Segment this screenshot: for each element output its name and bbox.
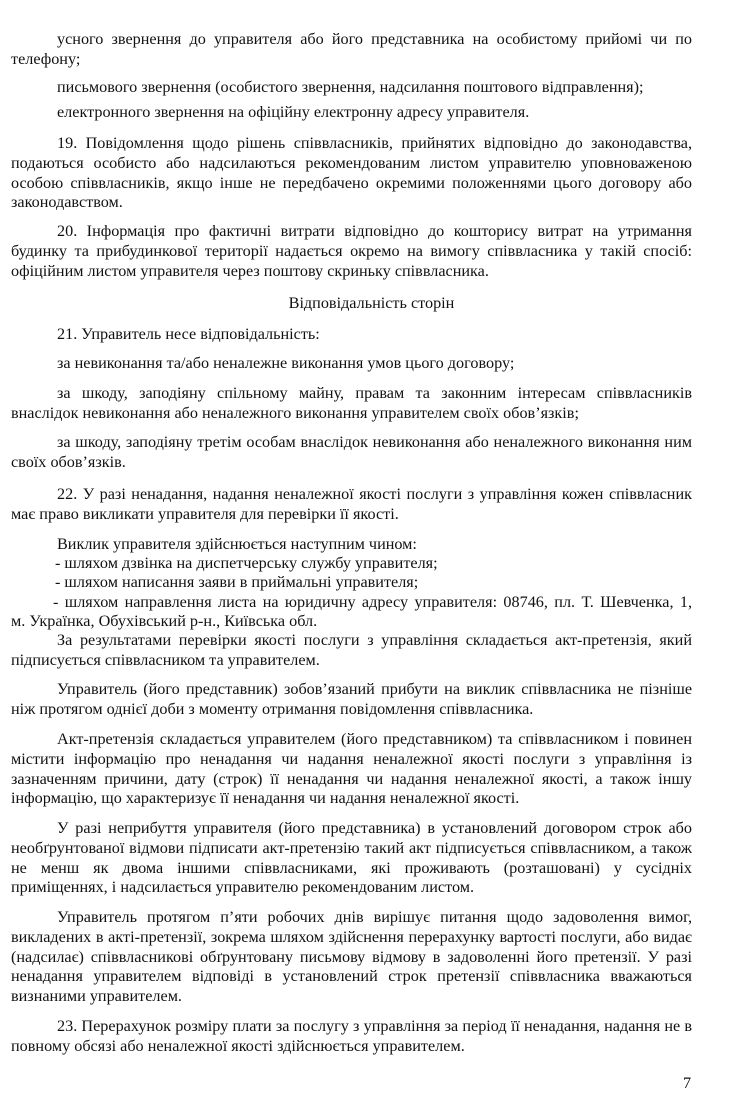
call-method-item-letter-address: м. Українка, Обухівський р-н., Київська … (11, 612, 692, 632)
call-method-item-phone: - шляхом дзвінка на диспетчерську службу… (55, 554, 736, 574)
paragraph-non-arrival: У разі неприбуття управителя (його предс… (11, 819, 692, 898)
paragraph-clause-21-item-b: за шкоду, заподіяну спільному майну, пра… (11, 384, 692, 424)
paragraph-act-claim-result: За результатами перевірки якості послуги… (11, 631, 692, 671)
page-number: 7 (683, 1073, 691, 1093)
paragraph-claim-resolution: Управитель протягом п’яти робочих днів в… (11, 908, 692, 1007)
paragraph-act-claim-content: Акт-претензія складається управителем (й… (11, 730, 692, 809)
paragraph-written-appeal: письмового звернення (особистого звернен… (11, 78, 692, 98)
paragraph-clause-21-item-a: за невиконання та/або неналежне виконанн… (11, 354, 692, 374)
call-method-intro: Виклик управителя здійснюється наступним… (57, 535, 738, 555)
paragraph-clause-22: 22. У разі ненадання, надання неналежної… (11, 485, 692, 525)
call-method-item-letter: - шляхом направлення листа на юридичну а… (53, 593, 692, 613)
section-heading: Відповідальність сторін (0, 293, 743, 313)
paragraph-clause-23: 23. Перерахунок розміру плати за послугу… (11, 1017, 692, 1057)
paragraph-clause-19: 19. Повідомлення щодо рішень співвласник… (11, 134, 692, 213)
paragraph-electronic-appeal: електронного звернення на офіційну елект… (11, 103, 692, 123)
paragraph-clause-21-item-c: за шкоду, заподіяну третім особам внаслі… (11, 433, 692, 473)
paragraph-clause-21: 21. Управитель несе відповідальність: (11, 325, 692, 345)
paragraph-arrival-obligation: Управитель (його представник) зобов’язан… (11, 680, 692, 720)
paragraph-oral-appeal: усного звернення до управителя або його … (11, 30, 692, 70)
call-method-item-application: - шляхом написання заяви в приймальні уп… (55, 573, 736, 593)
paragraph-clause-20: 20. Інформація про фактичні витрати відп… (11, 222, 692, 281)
